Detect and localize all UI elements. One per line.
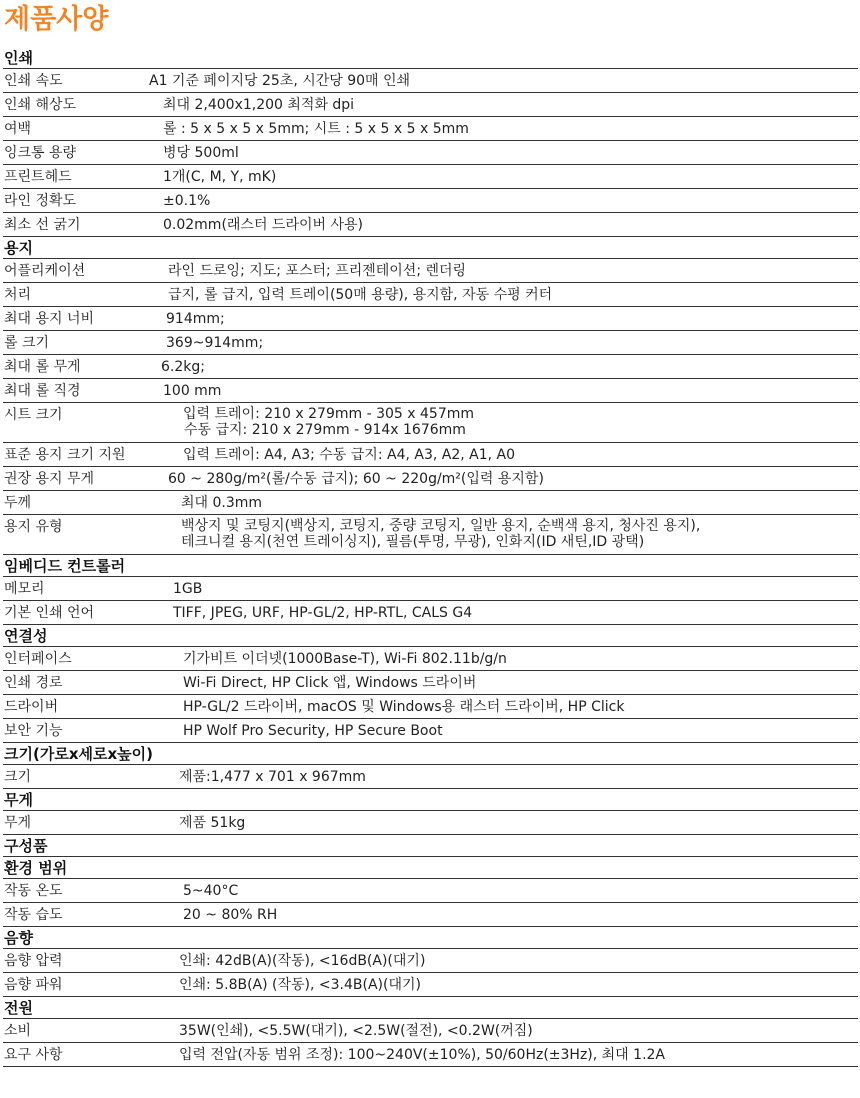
spec-value: 914mm; [166,308,225,330]
spec-label: 인쇄 경로 [4,672,63,694]
section-header-connectivity: 연결성 [3,625,858,647]
section-header-weight: 무게 [3,789,858,811]
spec-row: 시트 크기입력 트레이: 210 x 279mm - 305 x 457mm수동… [3,403,858,443]
spec-label: 잉크통 용량 [4,142,76,164]
spec-row: 작동 온도5~40°C [3,879,858,903]
spec-value: Wi-Fi Direct, HP Click 앱, Windows 드라이버 [183,672,476,694]
spec-label: 메모리 [4,578,45,600]
spec-value-multiline: 백상지 및 코팅지(백상지, 코팅지, 중량 코팅지, 일반 용지, 순백색 용… [181,518,700,550]
spec-row: 처리급지, 롤 급지, 입력 트레이(50매 용량), 용지함, 자동 수평 커… [3,283,858,307]
spec-value: 0.02mm(래스터 드라이버 사용) [163,214,363,236]
spec-value: 제품 51kg [179,812,245,834]
spec-row: 음향 파워인쇄: 5.8B(A) (작동), <3.4B(A)(대기) [3,973,858,997]
spec-value: 입력 전압(자동 범위 조정): 100~240V(±10%), 50/60Hz… [179,1044,665,1066]
spec-value: 100 mm [163,380,221,402]
spec-value: 급지, 롤 급지, 입력 트레이(50매 용량), 용지함, 자동 수평 커터 [168,284,552,306]
spec-label: 라인 정확도 [4,190,76,212]
spec-label: 표준 용지 크기 지원 [4,444,126,466]
spec-value: ±0.1% [163,190,210,212]
spec-label: 기본 인쇄 언어 [4,602,94,624]
spec-row: 인쇄 속도A1 기준 페이지당 25초, 시간당 90매 인쇄 [3,69,858,93]
spec-row: 표준 용지 크기 지원입력 트레이: A4, A3; 수동 급지: A4, A3… [3,443,858,467]
section-header-print: 인쇄 [3,47,858,69]
spec-value-line: 수동 급지: 210 x 279mm - 914x 1676mm [183,422,474,438]
spec-row: 드라이버HP-GL/2 드라이버, macOS 및 Windows용 래스터 드… [3,695,858,719]
section-header-components: 구성품 [3,835,858,857]
spec-row: 최소 선 굵기0.02mm(래스터 드라이버 사용) [3,213,858,237]
spec-row: 프린트헤드1개(C, M, Y, mK) [3,165,858,189]
spec-value: 기가비트 이더넷(1000Base-T), Wi-Fi 802.11b/g/n [183,648,507,670]
spec-label: 크기 [4,766,31,788]
spec-value: 제품:1,477 x 701 x 967mm [179,766,366,788]
spec-label: 음향 압력 [4,950,63,972]
spec-value-line: 입력 트레이: 210 x 279mm - 305 x 457mm [183,406,474,422]
spec-row: 여백롤 : 5 x 5 x 5 x 5mm; 시트 : 5 x 5 x 5 x … [3,117,858,141]
spec-row: 두께최대 0.3mm [3,491,858,515]
section-header-environment: 환경 범위 [3,857,858,879]
spec-row: 최대 용지 너비914mm; [3,307,858,331]
spec-value: 라인 드로잉; 지도; 포스터; 프리젠테이션; 렌더링 [168,260,466,282]
spec-value-line: 백상지 및 코팅지(백상지, 코팅지, 중량 코팅지, 일반 용지, 순백색 용… [181,518,700,534]
spec-row: 인쇄 경로Wi-Fi Direct, HP Click 앱, Windows 드… [3,671,858,695]
spec-value: HP Wolf Pro Security, HP Secure Boot [183,720,443,742]
spec-label: 용지 유형 [4,516,63,538]
spec-row: 보안 기능HP Wolf Pro Security, HP Secure Boo… [3,719,858,743]
spec-row: 작동 습도20 ~ 80% RH [3,903,858,927]
spec-row: 소비35W(인쇄), <5.5W(대기), <2.5W(절전), <0.2W(꺼… [3,1019,858,1043]
spec-label: 권장 용지 무게 [4,468,94,490]
spec-value: 최대 0.3mm [181,492,262,514]
page-title: 제품사양 [4,4,108,36]
spec-label: 시트 크기 [4,404,63,426]
section-header-acoustics: 음향 [3,927,858,949]
spec-value: 롤 : 5 x 5 x 5 x 5mm; 시트 : 5 x 5 x 5 x 5m… [163,118,469,140]
spec-row: 최대 롤 무게6.2kg; [3,355,858,379]
spec-label: 여백 [4,118,31,140]
section-header-embedded-controller: 임베디드 컨트롤러 [3,555,858,577]
spec-label: 롤 크기 [4,332,49,354]
spec-label: 작동 습도 [4,904,63,926]
section-header-power: 전원 [3,997,858,1019]
spec-row: 요구 사항입력 전압(자동 범위 조정): 100~240V(±10%), 50… [3,1043,858,1067]
spec-value-multiline: 입력 트레이: 210 x 279mm - 305 x 457mm수동 급지: … [183,406,474,438]
spec-value: 최대 2,400x1,200 최적화 dpi [163,94,354,116]
spec-value: 인쇄: 5.8B(A) (작동), <3.4B(A)(대기) [179,974,421,996]
spec-row: 어플리케이션라인 드로잉; 지도; 포스터; 프리젠테이션; 렌더링 [3,259,858,283]
spec-value: 병당 500ml [163,142,239,164]
spec-value: 60 ~ 280g/m²(롤/수동 급지); 60 ~ 220g/m²(입력 용… [168,468,544,490]
spec-value: 35W(인쇄), <5.5W(대기), <2.5W(절전), <0.2W(꺼짐) [179,1020,533,1042]
spec-row: 라인 정확도±0.1% [3,189,858,213]
spec-value: HP-GL/2 드라이버, macOS 및 Windows용 래스터 드라이버,… [183,696,624,718]
spec-row: 메모리1GB [3,577,858,601]
spec-label: 보안 기능 [4,720,63,742]
spec-value: 5~40°C [183,880,238,902]
spec-row: 기본 인쇄 언어TIFF, JPEG, URF, HP-GL/2, HP-RTL… [3,601,858,625]
spec-value: 369~914mm; [166,332,263,354]
spec-value: TIFF, JPEG, URF, HP-GL/2, HP-RTL, CALS G… [173,602,472,624]
spec-label: 인쇄 속도 [4,70,63,92]
spec-row: 최대 롤 직경100 mm [3,379,858,403]
spec-label: 인쇄 해상도 [4,94,76,116]
spec-row: 롤 크기369~914mm; [3,331,858,355]
spec-label: 음향 파워 [4,974,63,996]
spec-label: 어플리케이션 [4,260,85,282]
section-header-dimensions: 크기(가로x세로x높이) [3,743,858,765]
spec-label: 드라이버 [4,696,58,718]
spec-label: 무게 [4,812,31,834]
spec-value: 인쇄: 42dB(A)(작동), <16dB(A)(대기) [179,950,425,972]
spec-value: 1개(C, M, Y, mK) [163,166,276,188]
spec-row: 잉크통 용량병당 500ml [3,141,858,165]
spec-row: 무게제품 51kg [3,811,858,835]
section-header-paper: 용지 [3,237,858,259]
spec-label: 최대 롤 직경 [4,380,81,402]
spec-value: 6.2kg; [161,356,205,378]
spec-row: 음향 압력인쇄: 42dB(A)(작동), <16dB(A)(대기) [3,949,858,973]
spec-label: 요구 사항 [4,1044,63,1066]
spec-label: 인터페이스 [4,648,72,670]
spec-row: 권장 용지 무게60 ~ 280g/m²(롤/수동 급지); 60 ~ 220g… [3,467,858,491]
spec-label: 최소 선 굵기 [4,214,81,236]
spec-label: 작동 온도 [4,880,63,902]
spec-value: 20 ~ 80% RH [183,904,277,926]
spec-value: 1GB [173,578,202,600]
spec-value-line: 테크니컬 용지(천연 트레이싱지), 필름(투명, 무광), 인화지(ID 새틴… [181,534,700,550]
spec-table: 인쇄 인쇄 속도A1 기준 페이지당 25초, 시간당 90매 인쇄 인쇄 해상… [3,47,858,1067]
spec-row: 인터페이스기가비트 이더넷(1000Base-T), Wi-Fi 802.11b… [3,647,858,671]
spec-value: A1 기준 페이지당 25초, 시간당 90매 인쇄 [149,70,410,92]
spec-label: 최대 롤 무게 [4,356,81,378]
spec-row: 인쇄 해상도최대 2,400x1,200 최적화 dpi [3,93,858,117]
spec-label: 두께 [4,492,31,514]
spec-row: 용지 유형백상지 및 코팅지(백상지, 코팅지, 중량 코팅지, 일반 용지, … [3,515,858,555]
spec-label: 최대 용지 너비 [4,308,94,330]
spec-value: 입력 트레이: A4, A3; 수동 급지: A4, A3, A2, A1, A… [183,444,515,466]
spec-label: 프린트헤드 [4,166,72,188]
spec-label: 처리 [4,284,31,306]
spec-row: 크기제품:1,477 x 701 x 967mm [3,765,858,789]
spec-label: 소비 [4,1020,31,1042]
